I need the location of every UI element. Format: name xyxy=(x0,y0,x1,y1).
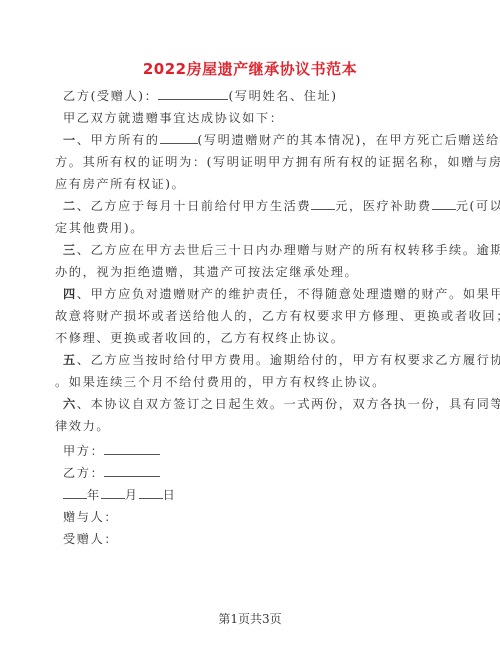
clause-3-line: 三、乙方应在甲方去世后三十日内办理赠与财产的所有权转移手续。逾期不 xyxy=(63,242,458,258)
clause-2-cont: 定其他费用)。 xyxy=(55,220,450,236)
text: 、乙方应在甲方去世后三十日内办理赠与财产的所有权转移手续。逾期不 xyxy=(77,243,500,257)
signature-blank xyxy=(104,466,160,477)
clause-number: 六 xyxy=(63,397,77,411)
clause-5-line: 五、乙方应当按时给付甲方费用。逾期给付的，甲方有权要求乙方履行协议 xyxy=(63,352,458,368)
blank-field xyxy=(160,133,198,144)
clause-1-cont: 应有房产所有权证)。 xyxy=(55,176,450,192)
blank-field xyxy=(311,199,335,210)
clause-number: 四 xyxy=(63,287,77,301)
page-footer: 第1页共3页 xyxy=(0,610,500,627)
clause-6-line: 六、本协议自双方签订之日起生效。一式两份，双方各执一份，具有同等法 xyxy=(63,396,458,412)
day-blank xyxy=(139,488,163,499)
blank-field xyxy=(158,89,228,100)
blank-field xyxy=(432,199,456,210)
donor-label: 赠与人： xyxy=(63,509,458,525)
text: (写明姓名、住址) xyxy=(228,89,337,103)
clause-2-line: 二、乙方应于每月十日前给付甲方生活费元，医疗补助费元(可以约 xyxy=(63,198,458,214)
label: 日 xyxy=(163,488,177,502)
clause-number: 五 xyxy=(63,353,77,367)
text: 、乙方应当按时给付甲方费用。逾期给付的，甲方有权要求乙方履行协议 xyxy=(77,353,500,367)
text: (写明遗赠财产的其本情况)，在甲方死亡后赠送给乙 xyxy=(198,133,500,147)
label: 年 xyxy=(87,488,101,502)
clause-number: 二 xyxy=(63,199,77,213)
month-blank xyxy=(101,488,125,499)
signature-blank xyxy=(104,444,160,455)
text: 、本协议自双方签订之日起生效。一式两份，双方各执一份，具有同等法 xyxy=(77,397,500,411)
clause-number: 一 xyxy=(63,133,77,147)
label: 月 xyxy=(125,488,139,502)
clause-4-cont: 故意将财产损坏或者送给他人的，乙方有权要求甲方修理、更换或者收回；甲方拒 xyxy=(55,308,450,324)
date-line: 年月日 xyxy=(63,487,458,503)
clause-number: 三 xyxy=(63,243,77,257)
clause-4-cont: 不修理、更换或者收回的，乙方有权终止协议。 xyxy=(55,330,450,346)
label: 甲方： xyxy=(63,444,104,458)
clause-3-cont: 办的，视为拒绝遗赠，其遗产可按法定继承处理。 xyxy=(55,264,450,280)
text: 元，医疗补助费 xyxy=(335,199,432,213)
year-blank xyxy=(63,488,87,499)
text: 、甲方所有的 xyxy=(77,133,160,147)
clause-1-line: 一、甲方所有的(写明遗赠财产的其本情况)，在甲方死亡后赠送给乙 xyxy=(63,132,458,148)
party-a-signature: 甲方： xyxy=(63,443,458,459)
label: 乙方： xyxy=(63,466,104,480)
clause-1-cont: 方。其所有权的证明为：(写明证明甲方拥有所有权的证据名称，如赠与房屋，就 xyxy=(55,154,450,170)
donee-label: 受赠人： xyxy=(63,531,458,547)
party-b-signature: 乙方： xyxy=(63,465,458,481)
text: 、乙方应于每月十日前给付甲方生活费 xyxy=(77,199,311,213)
text: 乙方(受赠人)： xyxy=(63,89,158,103)
clause-6-cont: 律效力。 xyxy=(55,418,450,434)
party-b-line: 乙方(受赠人)：(写明姓名、住址) xyxy=(63,88,458,104)
document-title: 2022房屋遗产继承协议书范本 xyxy=(0,58,500,79)
clause-4-line: 四、甲方应负对遗赠财产的维护责任，不得随意处理遗赠的财产。如果甲方 xyxy=(63,286,458,302)
text: 、甲方应负对遗赠财产的维护责任，不得随意处理遗赠的财产。如果甲方 xyxy=(77,287,500,301)
text: 元(可以约 xyxy=(456,199,500,213)
clause-5-cont: 。如果连续三个月不给付费用的，甲方有权终止协议。 xyxy=(55,374,450,390)
intro-line: 甲乙双方就遗赠事宜达成协议如下： xyxy=(63,110,458,126)
